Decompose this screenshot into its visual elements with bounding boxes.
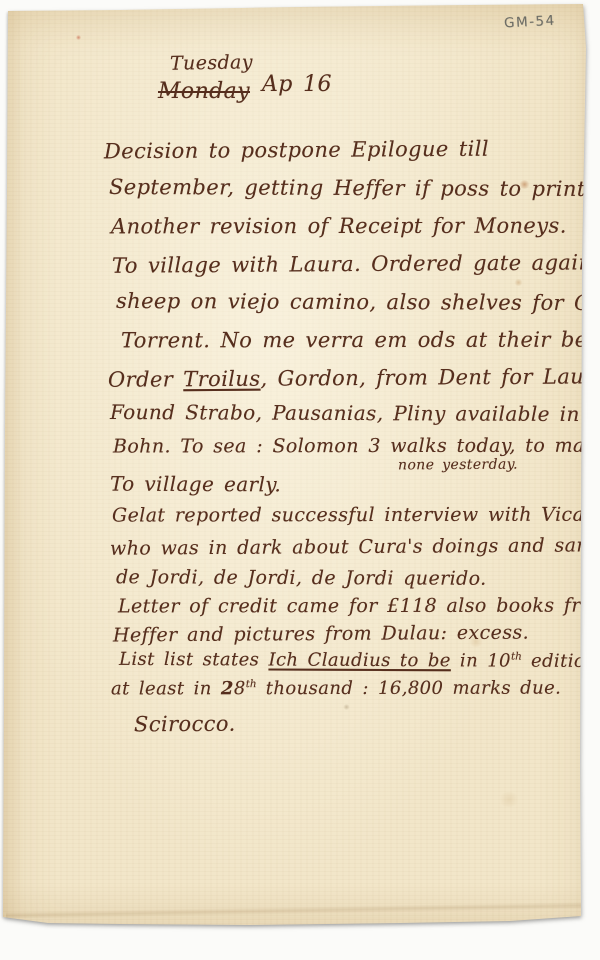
heading-day-corrected: Tuesday — [170, 51, 253, 74]
paper-crease — [6, 902, 586, 918]
text-segment: thousand : 16,800 marks due. — [257, 678, 562, 700]
entry-line: Scirocco. — [134, 712, 236, 737]
text-segment: 2 — [221, 678, 234, 699]
entry-line: Bohn. To sea : Solomon 3 walks today, to… — [113, 435, 600, 458]
entry-line: at least in 28th thousand : 16,800 marks… — [111, 678, 561, 700]
entry-line: List list states Ich Claudius to be in 1… — [119, 649, 600, 672]
entry-line: Decision to postpone Epilogue till — [104, 137, 489, 164]
entry-line: who was in dark about Cura's doings and … — [110, 534, 600, 559]
entry-line: sheep on viejo camino, also shelves for … — [116, 289, 600, 315]
archive-mark: GM-54 — [504, 13, 556, 32]
entry-line: Gelat reported successful interview with… — [112, 504, 600, 527]
entry-line: de Jordi, de Jordi, de Jordi querido. — [116, 566, 487, 590]
entry-line: To village early. — [110, 472, 281, 497]
text-segment: at least in — [111, 678, 221, 699]
text-segment: Gelat reported successful interview with… — [112, 504, 600, 527]
paper-stain — [498, 792, 520, 807]
text-segment: Torrent. No me verra em ods at their bes… — [121, 328, 600, 353]
entry-line: Another revision of Receipt for Moneys. — [111, 214, 567, 239]
text-segment: 8 — [234, 678, 246, 699]
text-segment: Bohn. To sea : Solomon 3 walks today, to… — [113, 435, 600, 458]
text-segment: sheep on viejo camino, also shelves for … — [116, 289, 600, 315]
entry-line: To village with Laura. Ordered gate agai… — [112, 250, 600, 277]
text-segment: Scirocco. — [134, 712, 236, 737]
manuscript-page: GM-54 Tuesday Monday Ap 16 Decision to p… — [0, 0, 600, 960]
text-segment: th — [511, 651, 522, 663]
text-segment: edition : i.e — [522, 651, 600, 673]
text-segment: To village early. — [110, 472, 281, 497]
heading-day-struck-out: Monday — [158, 79, 250, 104]
entry-line: Order Troilus, Gordon, from Dent for Lau… — [108, 364, 600, 391]
text-segment: September, getting Heffer if poss to pri… — [109, 175, 600, 201]
paper-stain — [343, 704, 350, 710]
text-segment: Troilus — [183, 367, 260, 392]
text-segment: in 10 — [451, 650, 511, 671]
text-segment: th — [246, 678, 257, 690]
scan-background: { "document": { "archive_mark": "GM-54",… — [0, 0, 600, 960]
text-segment: To village with Laura. Ordered gate agai… — [112, 250, 600, 277]
text-segment: Another revision of Receipt for Moneys. — [111, 214, 567, 239]
text-segment: who was in dark about Cura's doings and … — [110, 534, 600, 559]
entry-line: September, getting Heffer if poss to pri… — [109, 175, 600, 201]
text-segment: List list states — [119, 649, 269, 671]
text-segment: none yesterday. — [398, 457, 518, 474]
text-segment: Ich Claudius to be — [268, 650, 450, 672]
text-segment: Letter of credit came for £118 also book… — [118, 595, 600, 618]
entry-line: Torrent. No me verra em ods at their bes… — [121, 328, 600, 353]
text-segment: , Gordon, from Dent for Laura — [260, 364, 600, 390]
manuscript-page-wrapper: GM-54 Tuesday Monday Ap 16 Decision to p… — [0, 0, 600, 960]
entry-line: Heffer and pictures from Dulau: excess. — [113, 622, 529, 647]
text-segment: Decision to postpone Epilogue till — [104, 137, 489, 164]
text-segment: Heffer and pictures from Dulau: excess. — [113, 622, 529, 647]
entry-line: Letter of credit came for £118 also book… — [118, 595, 600, 618]
text-segment: de Jordi, de Jordi, de Jordi querido. — [116, 566, 487, 590]
paper-stain — [514, 279, 523, 286]
heading-date: Ap 16 — [262, 72, 332, 97]
text-segment: Order — [108, 367, 183, 392]
text-segment: Found Strabo, Pausanias, Pliny available… — [110, 400, 580, 426]
entry-line: Found Strabo, Pausanias, Pliny available… — [110, 400, 580, 426]
paper-stain — [76, 35, 81, 40]
inserted-note-line: none yesterday. — [398, 457, 518, 474]
